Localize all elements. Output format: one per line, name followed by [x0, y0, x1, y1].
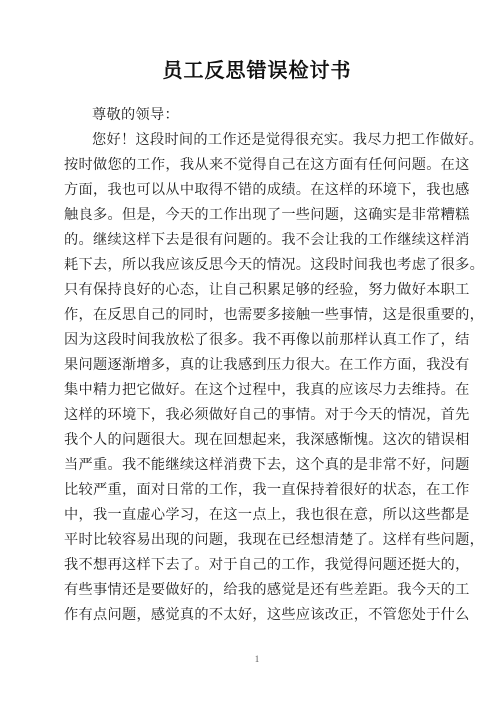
page-number: 1: [0, 654, 500, 664]
body-line: 平时比较容易出现的问题，我现在已经想清楚了。这样有些问题，: [64, 528, 438, 553]
body-line: 果问题逐渐增多，真的让我感到压力很大。在工作方面，我没有: [64, 353, 438, 378]
body-line: 当严重。我不能继续这样消费下去，这个真的是非常不好，问题: [64, 453, 438, 478]
body-line: 这样的环境下，我必须做好自己的事情。对于今天的情况，首先: [64, 403, 438, 428]
body-line: 中，我一直虚心学习，在这一点上，我也很在意，所以这些都是: [64, 503, 438, 528]
document-page: 员工反思错误检讨书 尊敬的领导： 您好！这段时间的工作还是觉得很充实。我尽力把工…: [0, 0, 500, 707]
body-line: 有些事情还是要做好的，给我的感觉是还有些差距。我今天的工: [64, 578, 438, 603]
body-line: 您好！这段时间的工作还是觉得很充实。我尽力把工作做好。: [64, 128, 438, 153]
body-line: 集中精力把它做好。在这个过程中，我真的应该尽力去维持。在: [64, 378, 438, 403]
greeting: 尊敬的领导：: [64, 103, 438, 128]
body-line: 比较严重，面对日常的工作，我一直保持着很好的状态，在工作: [64, 478, 438, 503]
body-line: 的。继续这样下去是很有问题的。我不会让我的工作继续这样消: [64, 228, 438, 253]
document-body: 尊敬的领导： 您好！这段时间的工作还是觉得很充实。我尽力把工作做好。 按时做您的…: [64, 103, 438, 628]
body-line: 耗下去，所以我应该反思今天的情况。这段时间我也考虑了很多。: [64, 253, 438, 278]
body-line: 我不想再这样下去了。对于自己的工作，我觉得问题还挺大的，: [64, 553, 438, 578]
body-line: 按时做您的工作，我从来不觉得自己在这方面有任何问题。在这: [64, 153, 438, 178]
document-title: 员工反思错误检讨书: [0, 54, 500, 83]
body-line: 作有点问题，感觉真的不太好，这些应该改正，不管您处于什么: [64, 603, 438, 628]
body-line: 方面，我也可以从中取得不错的成绩。在这样的环境下，我也感: [64, 178, 438, 203]
body-line: 触良多。但是，今天的工作出现了一些问题，这确实是非常糟糕: [64, 203, 438, 228]
body-line: 我个人的问题很大。现在回想起来，我深感惭愧。这次的错误相: [64, 428, 438, 453]
body-line: 只有保持良好的心态，让自己积累足够的经验，努力做好本职工: [64, 278, 438, 303]
body-line: 作，在反思自己的同时，也需要多接触一些事情，这是很重要的，: [64, 303, 438, 328]
body-line: 因为这段时间我放松了很多。我不再像以前那样认真工作了，结: [64, 328, 438, 353]
